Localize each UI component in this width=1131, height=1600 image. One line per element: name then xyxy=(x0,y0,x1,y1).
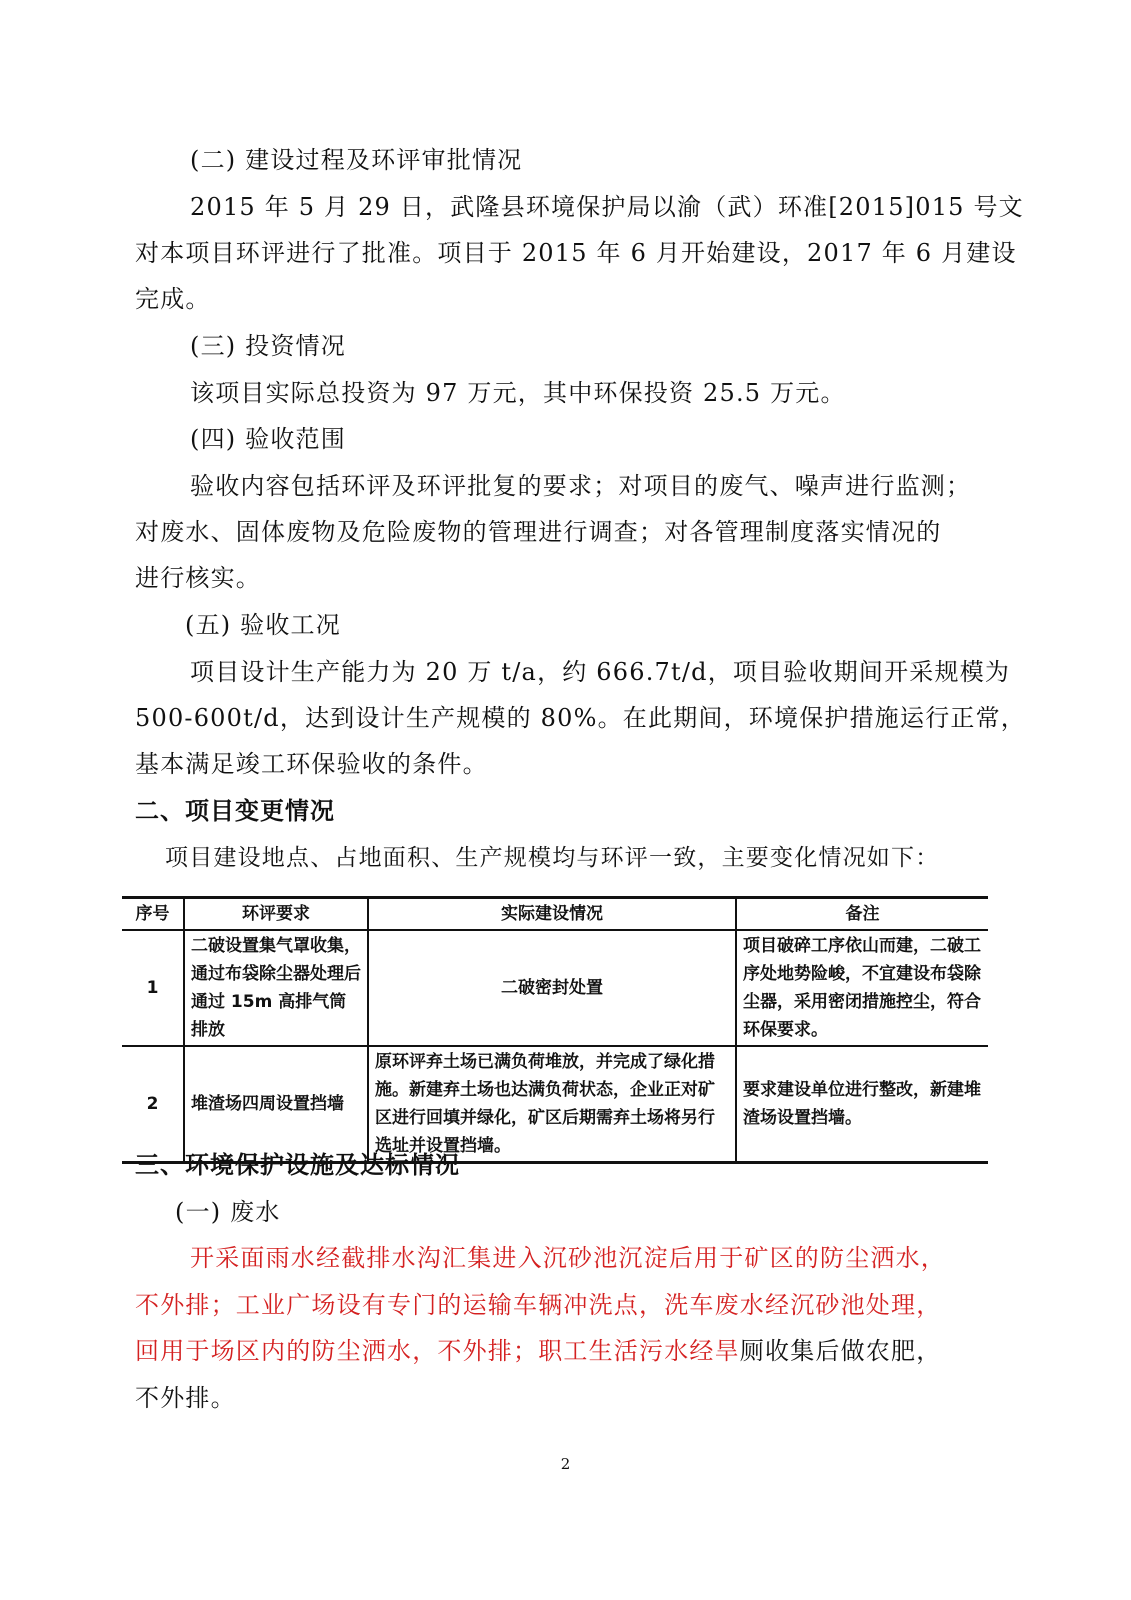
paragraph-line: 2015 年 5 月 29 日，武隆县环境保护局以渝（武）环准[2015]015… xyxy=(190,184,995,230)
header-remark: 备注 xyxy=(736,898,988,931)
paragraph-line: 项目设计生产能力为 20 万 t/a，约 666.7t/d，项目验收期间开采规模… xyxy=(190,649,995,695)
normal-text: 厕收集后做农肥， xyxy=(740,1337,942,1365)
header-actual: 实际建设情况 xyxy=(368,898,736,931)
section-title-construction-approval: (二) 建设过程及环评审批情况 xyxy=(190,137,1050,183)
paragraph-line: 对废水、固体废物及危险废物的管理进行调查；对各管理制度落实情况的 xyxy=(135,509,995,555)
cell-requirement: 二破设置集气罩收集，通过布袋除尘器处理后通过 15m 高排气筒排放 xyxy=(184,930,368,1046)
section-title-investment: (三) 投资情况 xyxy=(190,323,1050,369)
paragraph-line: 不外排。 xyxy=(135,1375,995,1421)
table-intro: 项目建设地点、占地面积、生产规模均与环评一致，主要变化情况如下： xyxy=(165,835,1025,881)
cell-remark: 项目破碎工序依山而建，二破工序处地势险峻，不宜建设布袋除尘器，采用密闭措施控尘，… xyxy=(736,930,988,1046)
highlighted-paragraph-line: 不外排；工业广场设有专门的运输车辆冲洗点，洗车废水经沉砂池处理， xyxy=(135,1282,995,1328)
paragraph-line: 对本项目环评进行了批准。项目于 2015 年 6 月开始建设，2017 年 6 … xyxy=(135,230,995,276)
paragraph-line: 进行核实。 xyxy=(135,555,995,601)
section-title-wastewater: (一) 废水 xyxy=(175,1189,1035,1235)
cell-index: 1 xyxy=(122,930,184,1046)
highlighted-text: 回用于场区内的防尘洒水，不外排；职工生活污水经旱 xyxy=(135,1337,740,1365)
highlighted-paragraph-line: 开采面雨水经截排水沟汇集进入沉砂池沉淀后用于矿区的防尘洒水， xyxy=(190,1235,995,1281)
changes-table: 序号 环评要求 实际建设情况 备注 1 二破设置集气罩收集，通过布袋除尘器处理后… xyxy=(122,896,988,1164)
mixed-paragraph-line: 回用于场区内的防尘洒水，不外排；职工生活污水经旱厕收集后做农肥， xyxy=(135,1328,995,1374)
header-requirement: 环评要求 xyxy=(184,898,368,931)
section-title-acceptance-scope: (四) 验收范围 xyxy=(190,416,1050,462)
heading-env-protection: 三、环境保护设施及达标情况 xyxy=(135,1142,995,1188)
heading-project-changes: 二、项目变更情况 xyxy=(135,788,995,834)
table-row: 1 二破设置集气罩收集，通过布袋除尘器处理后通过 15m 高排气筒排放 二破密封… xyxy=(122,930,988,1046)
document-page: (二) 建设过程及环评审批情况 2015 年 5 月 29 日，武隆县环境保护局… xyxy=(0,0,1131,1600)
cell-actual: 二破密封处置 xyxy=(368,930,736,1046)
section-title-acceptance-conditions: (五) 验收工况 xyxy=(185,602,1045,648)
paragraph-line: 基本满足竣工环保验收的条件。 xyxy=(135,741,995,787)
paragraph-line: 该项目实际总投资为 97 万元，其中环保投资 25.5 万元。 xyxy=(190,370,995,416)
page-number: 2 xyxy=(0,1455,1131,1473)
paragraph-line: 500-600t/d，达到设计生产规模的 80%。在此期间，环境保护措施运行正常… xyxy=(135,695,995,741)
table-header-row: 序号 环评要求 实际建设情况 备注 xyxy=(122,898,988,931)
paragraph-line: 验收内容包括环评及环评批复的要求；对项目的废气、噪声进行监测； xyxy=(190,463,995,509)
header-index: 序号 xyxy=(122,898,184,931)
paragraph-line: 完成。 xyxy=(135,276,995,322)
